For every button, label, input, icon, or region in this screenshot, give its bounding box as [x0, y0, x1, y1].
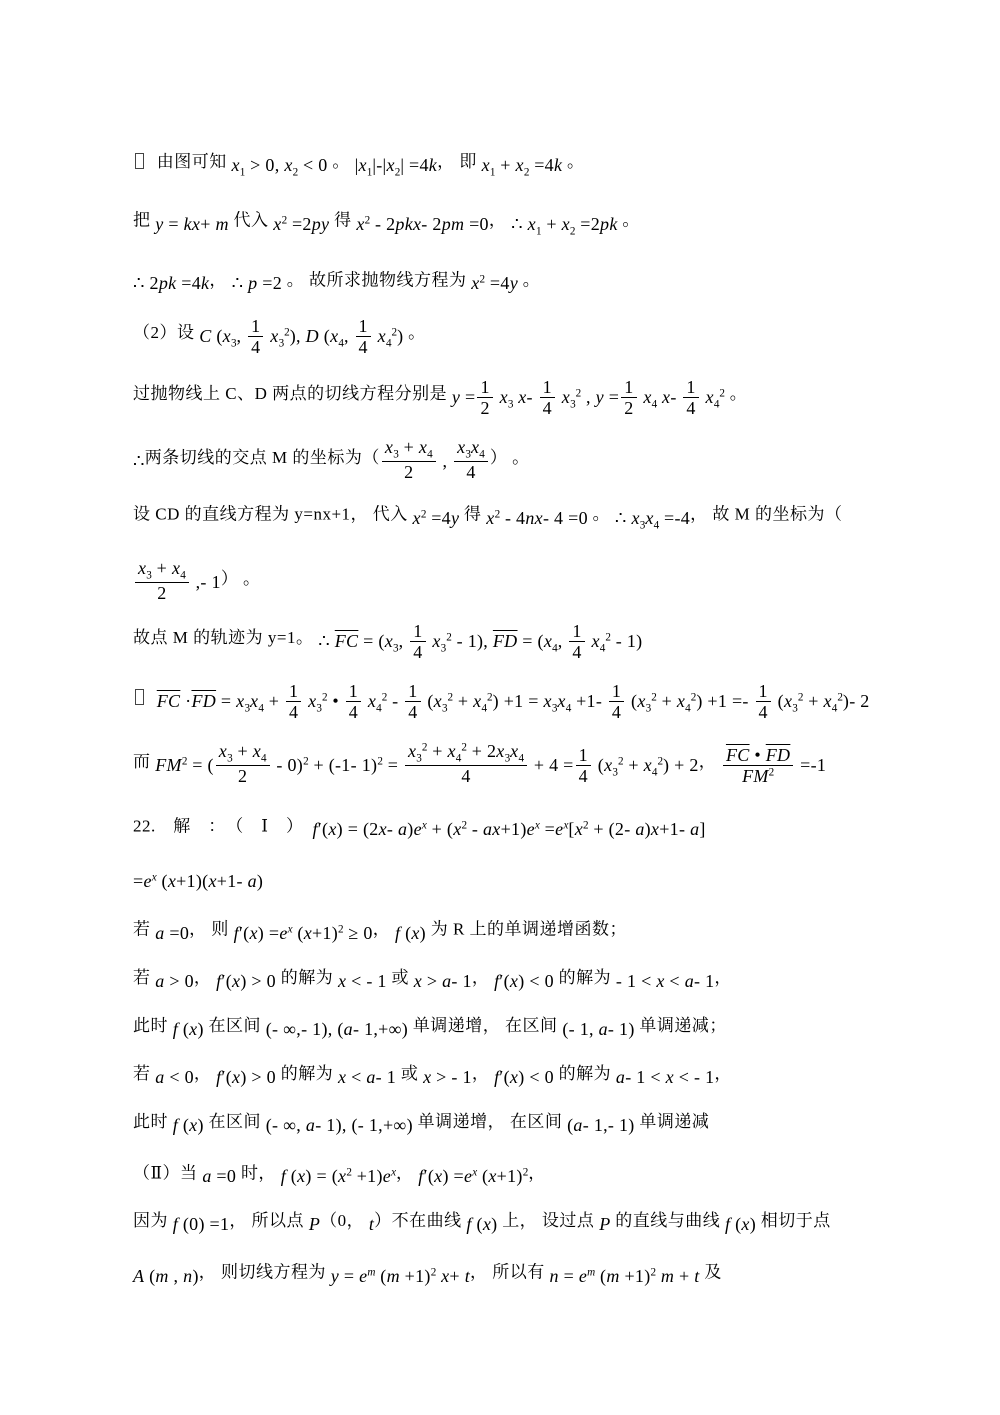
formula: ∴ x3x4 =-4 — [615, 508, 690, 528]
formula: f (0) =1 — [173, 1214, 230, 1234]
formula: f′(x) > 0 — [216, 971, 276, 991]
formula: t — [369, 1214, 374, 1234]
formula: x3 + x42 ,- 1 — [133, 572, 221, 592]
line-solve-p: ∴ 2pk =4k， ∴ p =2 。 故所求抛物线方程为 x2 =4y 。 — [133, 261, 890, 296]
text-run: 。 — [518, 270, 540, 289]
text-run: ， 所以点 — [229, 1211, 309, 1230]
line-CD-line-equation: 设 CD 的直线方程为 y=nx+1， 代入 x2 =4y 得 x2 - 4nx… — [133, 495, 890, 537]
text-run: 。 — [403, 323, 425, 342]
text-run: 上， 设过点 — [497, 1211, 599, 1230]
text-run: 故点 M 的轨迹为 y=1。 — [133, 628, 318, 647]
text-run: 两条切线的交点 M 的坐标为（ — [145, 448, 380, 467]
text-run: 或 — [396, 1064, 423, 1083]
text-run: 单调递减 — [635, 1112, 710, 1131]
line-tangent-line-equation: A (m , n)， 则切线方程为 y = em (m +1)2 x+ t， 所… — [133, 1253, 890, 1288]
text-run: 单调递增， 在区间 — [413, 1112, 567, 1131]
text-run: 单调递减； — [635, 1016, 727, 1035]
missing-glyph-box-icon — [135, 153, 144, 169]
document-page: 由图可知 x1 > 0, x2 < 0 。 |x1|-|x2| =4k， 即 x… — [0, 0, 1000, 1415]
formula: y = em (m +1)2 x+ t — [331, 1266, 470, 1286]
line-locus-and-vectors: 故点 M 的轨迹为 y=1。 ∴ FC = (x3, 14 x32 - 1), … — [133, 617, 890, 660]
line-part2-setup: （2）设 C (x3, 14 x32), D (x4, 14 x42) 。 — [133, 312, 890, 355]
text-run: 为 R 上的单调递增函数； — [426, 920, 627, 939]
text-run: 。 — [328, 152, 355, 171]
formula: a < 0 — [155, 1067, 194, 1087]
formula: f (x) — [173, 1019, 204, 1039]
text-run: ， — [472, 1064, 494, 1083]
formula: f (x) = (x2 +1)ex — [281, 1166, 396, 1186]
text-run: （Ⅱ）当 — [133, 1163, 202, 1182]
line-case-a-equals-0: 若 a =0， 则 f′(x) =ex (x+1)2 ≥ 0， f (x) 为 … — [133, 910, 890, 945]
text-run: 此时 — [133, 1016, 173, 1035]
text-run: ， — [194, 1064, 216, 1083]
text-run: ， — [209, 270, 231, 289]
fraction: 14 — [540, 377, 555, 418]
text-run: 时， — [236, 1163, 281, 1182]
line-case-a-negative-intervals: 此时 f (x) 在区间 (- ∞, a- 1), (- 1,+∞) 单调递增，… — [133, 1106, 890, 1137]
formula: f (x) — [395, 923, 426, 943]
fraction: x3 + x42 — [382, 437, 436, 482]
text-run: 得 — [329, 211, 356, 230]
line-conclusion-from-graph: 由图可知 x1 > 0, x2 < 0 。 |x1|-|x2| =4k， 即 x… — [133, 146, 890, 184]
formula: a =0 — [202, 1166, 236, 1186]
text-run: ） 。 — [221, 569, 261, 588]
text-run: 。 — [725, 384, 747, 403]
fraction: x3x44 — [454, 437, 488, 482]
formula: C (x3, 14 x32), D (x4, 14 x42) — [199, 326, 403, 346]
formula: (- 1, a- 1) — [562, 1019, 634, 1039]
text-run: 若 — [133, 1064, 155, 1083]
text-run: （0， — [320, 1211, 369, 1230]
formula: f (x) — [725, 1214, 756, 1234]
text-run: ， — [714, 1064, 732, 1083]
formula: x2 =4y — [471, 273, 518, 293]
text-run: ， — [194, 968, 216, 987]
line-case-a-positive-intervals: 此时 f (x) 在区间 (- ∞,- 1), (a- 1,+∞) 单调递增， … — [133, 1010, 890, 1041]
fraction: 14 — [356, 316, 371, 357]
fraction: 12 — [621, 377, 636, 418]
text-run: ， 故 M 的坐标为（ — [690, 505, 842, 524]
fraction: x32 + x42 + 2x3x44 — [405, 741, 527, 786]
text-run: （2）设 — [133, 323, 199, 342]
formula: ∴ — [133, 451, 145, 471]
text-run: 。 — [618, 211, 640, 230]
formula: =ex (x+1)(x+1- a) — [133, 871, 263, 891]
fraction: FC • FDFM2 — [723, 745, 793, 786]
formula: ∴ FC = (x3, 14 x32 - 1), FD = (x4, 14 x4… — [318, 631, 642, 651]
formula: ∴ p =2 — [232, 273, 282, 293]
line-point-P-not-on-curve: 因为 f (0) =1， 所以点 P（0， t）不在曲线 f (x) 上， 设过… — [133, 1205, 890, 1236]
text-run: ）不在曲线 — [374, 1211, 466, 1230]
text-run: ， — [396, 1163, 418, 1182]
line-part2-when-a-0: （Ⅱ）当 a =0 时， f (x) = (x2 +1)ex， f′(x) =e… — [133, 1154, 890, 1189]
line-derivative-factored: =ex (x+1)(x+1- a) — [133, 858, 890, 893]
formula: a- 1 < x < - 1 — [616, 1067, 715, 1087]
formula: f′(x) > 0 — [216, 1067, 276, 1087]
formula: ∴ x1 + x2 =2pk — [511, 214, 618, 234]
fraction: 14 — [756, 681, 771, 722]
fraction: 14 — [410, 621, 425, 662]
text-run: ， — [489, 211, 511, 230]
text-run: 得 — [459, 505, 486, 524]
text-run: ， — [528, 1163, 546, 1182]
text-run: 过抛物线上 C、D 两点的切线方程分别是 — [133, 384, 452, 403]
formula: a > 0 — [155, 971, 194, 991]
formula: f′(x) < 0 — [494, 971, 554, 991]
text-run: 的解为 — [554, 1064, 616, 1083]
formula: (- ∞,- 1), (a- 1,+∞) — [266, 1019, 408, 1039]
formula: x2 =4y — [413, 508, 460, 528]
formula: f′(x) =ex (x+1)2 — [418, 1166, 528, 1186]
text-run: 设 CD 的直线方程为 y=nx+1， 代入 — [133, 505, 413, 524]
fraction: 14 — [683, 377, 698, 418]
text-run: ， 则 — [189, 920, 234, 939]
formula: P — [599, 1214, 610, 1234]
formula: FC • FDFM2 =-1 — [721, 755, 826, 775]
line-substitute-line-into-parabola: 把 y = kx+ m 代入 x2 =2py 得 x2 - 2pkx- 2pm … — [133, 201, 890, 243]
fraction: x3 + x42 — [135, 558, 189, 603]
formula: x3 + x42 , x3x44 — [380, 451, 490, 471]
text-run: 在区间 — [204, 1016, 266, 1035]
fraction: 14 — [405, 681, 420, 722]
line-problem-22-derivative: 22. 解 ： （ Ⅰ ） f′(x) = (2x- a)ex + (x2 - … — [133, 807, 890, 842]
line-tangent-equations: 过抛物线上 C、D 两点的切线方程分别是 y =12 x3 x- 14 x32 … — [133, 373, 890, 416]
formula: x > - 1 — [423, 1067, 472, 1087]
text-run: ， — [714, 968, 732, 987]
missing-glyph-box-icon — [135, 689, 144, 705]
line-case-a-positive: 若 a > 0， f′(x) > 0 的解为 x < - 1 或 x > a- … — [133, 962, 890, 993]
text-run: 的解为 — [554, 968, 616, 987]
line-FM-squared: 而 FM2 = (x3 + x42 - 0)2 + (-1- 1)2 = x32… — [133, 737, 890, 784]
text-run: ） 。 — [490, 448, 530, 467]
text-run: ， 所以有 — [470, 1263, 550, 1282]
formula: x1 > 0, x2 < 0 — [232, 155, 328, 175]
text-run: ， — [472, 968, 494, 987]
formula: ∴ 2pk =4k — [133, 273, 209, 293]
text-run: 的解为 — [276, 968, 338, 987]
text-run: 若 — [133, 968, 155, 987]
text-run: ， — [373, 920, 395, 939]
formula: (- ∞, a- 1), (- 1,+∞) — [266, 1115, 413, 1135]
text-run: 。 故所求抛物线方程为 — [282, 270, 471, 289]
formula: FM2 = (x3 + x42 - 0)2 + (-1- 1)2 = x32 +… — [155, 755, 698, 775]
text-run: 把 — [133, 211, 155, 230]
formula: y = kx+ m — [155, 214, 229, 234]
fraction: 14 — [286, 681, 301, 722]
formula: y =12 x3 x- 14 x32 , y =12 x4 x- 14 x42 — [452, 387, 725, 407]
fraction: 14 — [346, 681, 361, 722]
formula: x2 - 4nx- 4 =0 — [486, 508, 588, 528]
text-run: 因为 — [133, 1211, 173, 1230]
line-M-coordinates-continued: x3 + x42 ,- 1） 。 — [133, 554, 890, 599]
formula: f′(x) =ex (x+1)2 ≥ 0 — [234, 923, 373, 943]
fraction: 14 — [576, 745, 591, 786]
formula: x < a- 1 — [338, 1067, 396, 1087]
formula: f (x) — [466, 1214, 497, 1234]
text-run: 而 — [133, 752, 155, 771]
line-dot-product: FC ·FD = x3x4 + 14 x32 • 14 x42 - 14 (x3… — [133, 677, 890, 720]
formula: f′(x) = (2x- a)ex + (x2 - ax+1)ex =ex[x2… — [312, 819, 705, 839]
text-run: 代入 — [229, 211, 274, 230]
text-run: 由图可知 — [152, 152, 232, 171]
document-body: 由图可知 x1 > 0, x2 < 0 。 |x1|-|x2| =4k， 即 x… — [133, 146, 890, 1288]
text-run: 相切于点 — [756, 1211, 831, 1230]
formula: - 1 < x < a- 1 — [616, 971, 715, 991]
text-run: 。 — [562, 152, 584, 171]
formula: x > a- 1 — [414, 971, 472, 991]
text-run: 或 — [387, 968, 414, 987]
text-run: 此时 — [133, 1112, 173, 1131]
formula: f′(x) < 0 — [494, 1067, 554, 1087]
formula: x2 =2py — [273, 214, 329, 234]
text-run: 。 — [588, 505, 615, 524]
formula: a =0 — [155, 923, 189, 943]
formula: (a- 1,- 1) — [567, 1115, 635, 1135]
fraction: x3 + x42 — [216, 741, 270, 786]
text-run: 的直线与曲线 — [610, 1211, 725, 1230]
fraction: 14 — [569, 621, 584, 662]
formula: |x1|-|x2| =4k — [355, 155, 438, 175]
text-run: 在区间 — [204, 1112, 266, 1131]
fraction: 14 — [609, 681, 624, 722]
formula: x1 + x2 =4k — [482, 155, 563, 175]
text-run: 单调递增， 在区间 — [408, 1016, 562, 1035]
text-run: ， — [699, 752, 721, 771]
line-case-a-negative: 若 a < 0， f′(x) > 0 的解为 x < a- 1 或 x > - … — [133, 1058, 890, 1089]
text-run: ， 则切线方程为 — [199, 1263, 331, 1282]
fraction: 14 — [248, 316, 263, 357]
formula: f (x) — [173, 1115, 204, 1135]
text-run: ， 即 — [437, 152, 482, 171]
formula: n = em (m +1)2 m + t — [550, 1266, 700, 1286]
formula: x < - 1 — [338, 971, 387, 991]
formula: P — [309, 1214, 320, 1234]
formula: x2 - 2pkx- 2pm =0 — [356, 214, 489, 234]
formula: A (m , n) — [133, 1266, 199, 1286]
fraction: 12 — [477, 377, 492, 418]
text-run: 及 — [700, 1263, 722, 1282]
text-run: 22. 解 ： （ Ⅰ ） — [133, 816, 312, 835]
line-intersection-M: ∴两条切线的交点 M 的坐标为（x3 + x42 , x3x44） 。 — [133, 433, 890, 478]
text-run: 的解为 — [276, 1064, 338, 1083]
text-run: 若 — [133, 920, 155, 939]
formula: FC ·FD = x3x4 + 14 x32 • 14 x42 - 14 (x3… — [157, 691, 870, 711]
